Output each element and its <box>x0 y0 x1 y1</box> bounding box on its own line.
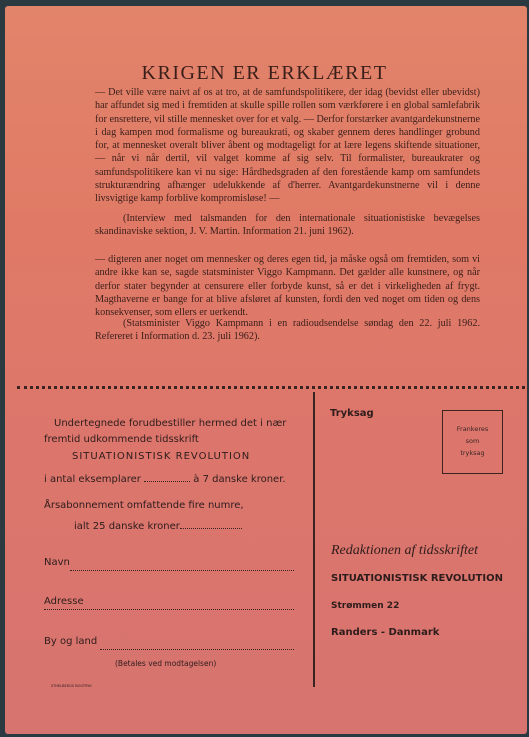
recipient-street: Strømmen 22 <box>331 601 399 611</box>
address-label: Adresse <box>44 596 84 607</box>
quantity-label: i antal eksemplarer <box>44 474 141 485</box>
subscription-field[interactable] <box>180 528 242 529</box>
subscription-line-2: ialt 25 danske kroner <box>74 521 242 532</box>
name-field[interactable] <box>70 570 294 571</box>
subscription-label: ialt 25 danske kroner <box>74 521 180 532</box>
recipient-name: SITUATIONISTISK REVOLUTION <box>331 573 503 584</box>
stamp-line: tryksag <box>443 447 502 459</box>
recipient-italic: Redaktionen af tidsskriftet <box>331 543 478 559</box>
manifesto-paragraph: — Det ville være naivt af os at tro, at … <box>95 86 480 206</box>
recipient-city: Randers - Danmark <box>331 627 439 638</box>
journal-name: SITUATIONISTISK REVOLUTION <box>72 451 250 462</box>
city-field[interactable] <box>100 649 294 650</box>
tryksag-label: Tryksag <box>330 408 374 419</box>
name-label: Navn <box>44 557 70 568</box>
document-title: KRIGEN ER ERKLÆRET <box>0 62 529 85</box>
subscription-line-1: Årsabonnement omfattende fire numre, <box>44 500 244 511</box>
payment-note: (Betales ved modtagelsen) <box>115 659 216 668</box>
citation-kampmann: (Statsminister Viggo Kampmann i en radio… <box>95 317 480 344</box>
city-label: By og land <box>44 636 97 647</box>
perforation-line <box>17 386 525 389</box>
address-field[interactable] <box>44 609 294 610</box>
card-divider <box>313 392 315 687</box>
order-line-2: fremtid udkommende tidsskrift <box>44 434 199 445</box>
price-label: à 7 danske kroner. <box>193 474 285 485</box>
quantity-field[interactable] <box>144 481 190 482</box>
citation-martin: (Interview med talsmanden for den intern… <box>95 212 480 239</box>
kampmann-quote: — digteren aner noget om mennesker og de… <box>95 253 480 319</box>
printer-mark: STHELBERGS BOGTRYK <box>51 684 92 688</box>
order-line-1: Undertegnede forudbestiller hermed det i… <box>54 418 286 429</box>
stamp-box: Frankeres som tryksag <box>442 410 503 474</box>
stamp-line: Frankeres <box>443 423 502 435</box>
quantity-line: i antal eksemplarer à 7 danske kroner. <box>44 474 286 485</box>
stamp-line: som <box>443 435 502 447</box>
